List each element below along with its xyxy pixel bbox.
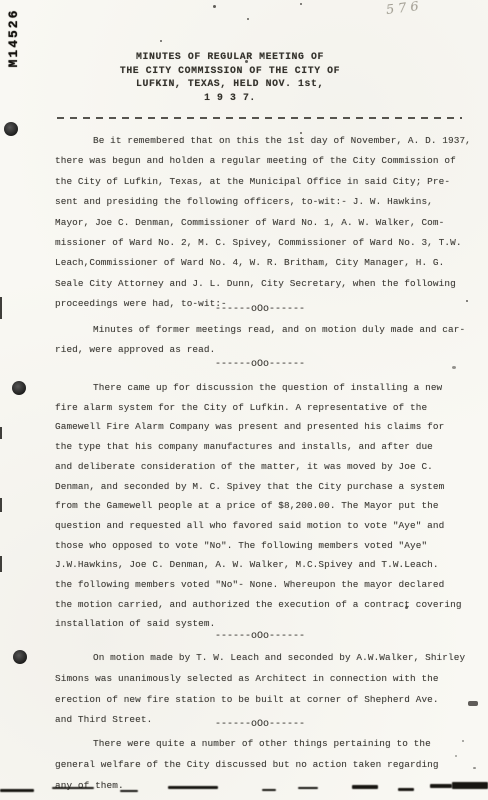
- text-line: the motion carried, and authorized the e…: [55, 595, 469, 615]
- ink-smudge: [168, 786, 218, 789]
- binding-mark: [0, 427, 2, 439]
- text-line: fire alarm system for the City of Lufkin…: [55, 398, 469, 418]
- text-line: ried, were approved as read.: [55, 340, 469, 360]
- document-title: MINUTES OF REGULAR MEETING OF THE CITY C…: [0, 50, 460, 104]
- title-line: MINUTES OF REGULAR MEETING OF: [0, 50, 460, 64]
- text-line: those who opposed to vote "No". The foll…: [55, 536, 469, 556]
- text-line: Be it remembered that on this the 1st da…: [55, 131, 469, 151]
- text-line: any of them.: [55, 775, 469, 796]
- handwritten-note: 576: [385, 0, 423, 18]
- punch-hole: [4, 122, 18, 136]
- ink-speck: [405, 606, 408, 609]
- pencil-speck: [455, 755, 457, 757]
- text-line: There came up for discussion the questio…: [55, 378, 469, 398]
- paragraph-fire-alarm: There came up for discussion the questio…: [55, 378, 469, 634]
- section-divider: ------oOo------: [55, 359, 465, 370]
- text-line: missioner of Ward No. 2, M. C. Spivey, C…: [55, 233, 469, 253]
- ink-speck: [300, 132, 302, 134]
- text-line: J.W.Hawkins, Joe C. Denman, A. W. Walker…: [55, 555, 469, 575]
- title-line: 1 9 3 7.: [0, 91, 460, 105]
- binding-mark: [0, 556, 2, 572]
- ink-smudge: [298, 787, 318, 789]
- text-line: and deliberate consideration of the matt…: [55, 457, 469, 477]
- ink-smudge: [352, 785, 378, 789]
- ink-smudge: [262, 789, 276, 791]
- text-line: Simons was unanimously selected as Archi…: [55, 669, 469, 690]
- pencil-speck: [452, 366, 456, 369]
- text-line: Gamewell Fire Alarm Company was present …: [55, 417, 469, 437]
- text-line: sent and presiding the following officer…: [55, 192, 469, 212]
- section-divider: ------oOo------: [55, 719, 465, 730]
- ink-smudge: [398, 788, 414, 791]
- text-line: question and requested all who favored s…: [55, 516, 469, 536]
- ink-speck: [213, 5, 216, 8]
- ink-speck: [247, 18, 249, 20]
- text-line: the following members voted "No"- None. …: [55, 575, 469, 595]
- document-page: M14526 576 MINUTES OF REGULAR MEETING OF…: [0, 0, 488, 800]
- ink-speck: [466, 300, 468, 302]
- text-line: There were quite a number of other thing…: [55, 733, 469, 754]
- text-line: from the Gamewell people at a price of $…: [55, 496, 469, 516]
- ink-smudge: [0, 789, 34, 792]
- ink-speck: [300, 3, 302, 5]
- ink-speck: [160, 40, 162, 42]
- section-divider: ------oOo------: [55, 304, 465, 315]
- text-line: Minutes of former meetings read, and on …: [55, 320, 469, 340]
- ink-smudge: [452, 782, 488, 789]
- punch-hole: [12, 381, 26, 395]
- ink-speck: [468, 701, 478, 706]
- pencil-speck: [462, 740, 464, 742]
- text-line: erection of new fire station to be built…: [55, 690, 469, 711]
- text-line: Seale City Attorney and J. L. Dunn, City…: [55, 274, 469, 294]
- paragraph-preamble: Be it remembered that on this the 1st da…: [55, 131, 469, 315]
- text-line: the City of Lufkin, Texas, at the Munici…: [55, 172, 469, 192]
- title-line: LUFKIN, TEXAS, HELD NOV. 1st,: [0, 77, 460, 91]
- binding-mark: [0, 498, 2, 512]
- ink-smudge: [430, 784, 452, 788]
- text-line: Leach,Commissioner of Ward No. 4, W. R. …: [55, 253, 469, 273]
- pencil-speck: [473, 767, 476, 769]
- section-divider: ------oOo------: [55, 631, 465, 642]
- ink-speck: [245, 60, 248, 63]
- dashed-rule: [57, 117, 462, 119]
- text-line: On motion made by T. W. Leach and second…: [55, 648, 469, 669]
- paragraph-minutes-approved: Minutes of former meetings read, and on …: [55, 320, 469, 361]
- text-line: there was begun and holden a regular mee…: [55, 151, 469, 171]
- text-line: Denman, and seconded by M. C. Spivey tha…: [55, 477, 469, 497]
- ink-smudge: [120, 790, 138, 792]
- text-line: Mayor, Joe C. Denman, Commissioner of Wa…: [55, 213, 469, 233]
- text-line: the type that his company manufactures a…: [55, 437, 469, 457]
- paragraph-other-matters: There were quite a number of other thing…: [55, 733, 469, 796]
- ink-smudge: [52, 787, 94, 789]
- punch-hole: [13, 650, 27, 664]
- text-line: general welfare of the City discussed bu…: [55, 754, 469, 775]
- binding-mark: [0, 297, 2, 319]
- title-line: THE CITY COMMISSION OF THE CITY OF: [0, 64, 460, 78]
